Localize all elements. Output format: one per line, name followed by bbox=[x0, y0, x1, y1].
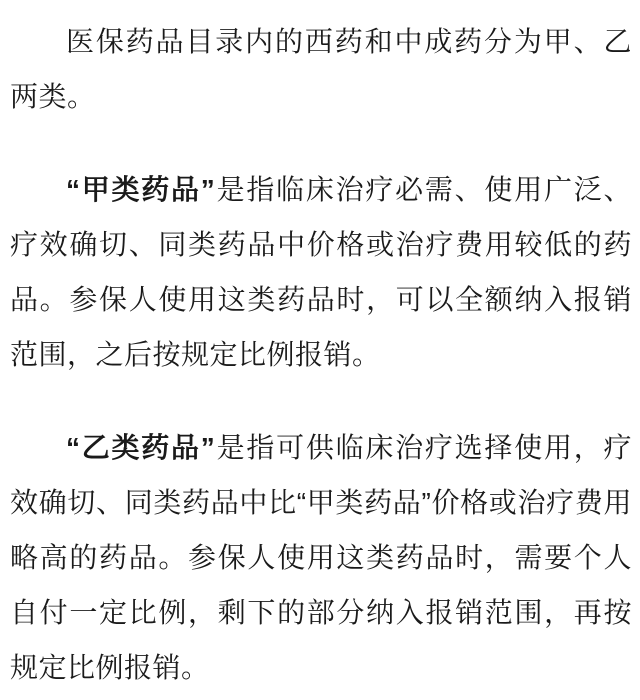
term-class-a-drugs: “甲类药品” bbox=[66, 174, 215, 205]
paragraph-text: 是指可供临床治疗选择使用，疗效确切、同类药品中比“甲类药品”价格或治疗费用略高的… bbox=[10, 432, 632, 683]
paragraph-text: 医保药品目录内的西药和中成药分为甲、乙两类。 bbox=[10, 26, 632, 112]
term-class-b-drugs: “乙类药品” bbox=[66, 432, 215, 463]
paragraph-class-a-drugs: “甲类药品”是指临床治疗必需、使用广泛、疗效确切、同类药品中价格或治疗费用较低的… bbox=[10, 162, 632, 382]
paragraph-class-b-drugs: “乙类药品”是指可供临床治疗选择使用，疗效确切、同类药品中比“甲类药品”价格或治… bbox=[10, 420, 632, 695]
paragraph-intro: 医保药品目录内的西药和中成药分为甲、乙两类。 bbox=[10, 14, 632, 124]
article-body: 医保药品目录内的西药和中成药分为甲、乙两类。 “甲类药品”是指临床治疗必需、使用… bbox=[0, 0, 640, 700]
